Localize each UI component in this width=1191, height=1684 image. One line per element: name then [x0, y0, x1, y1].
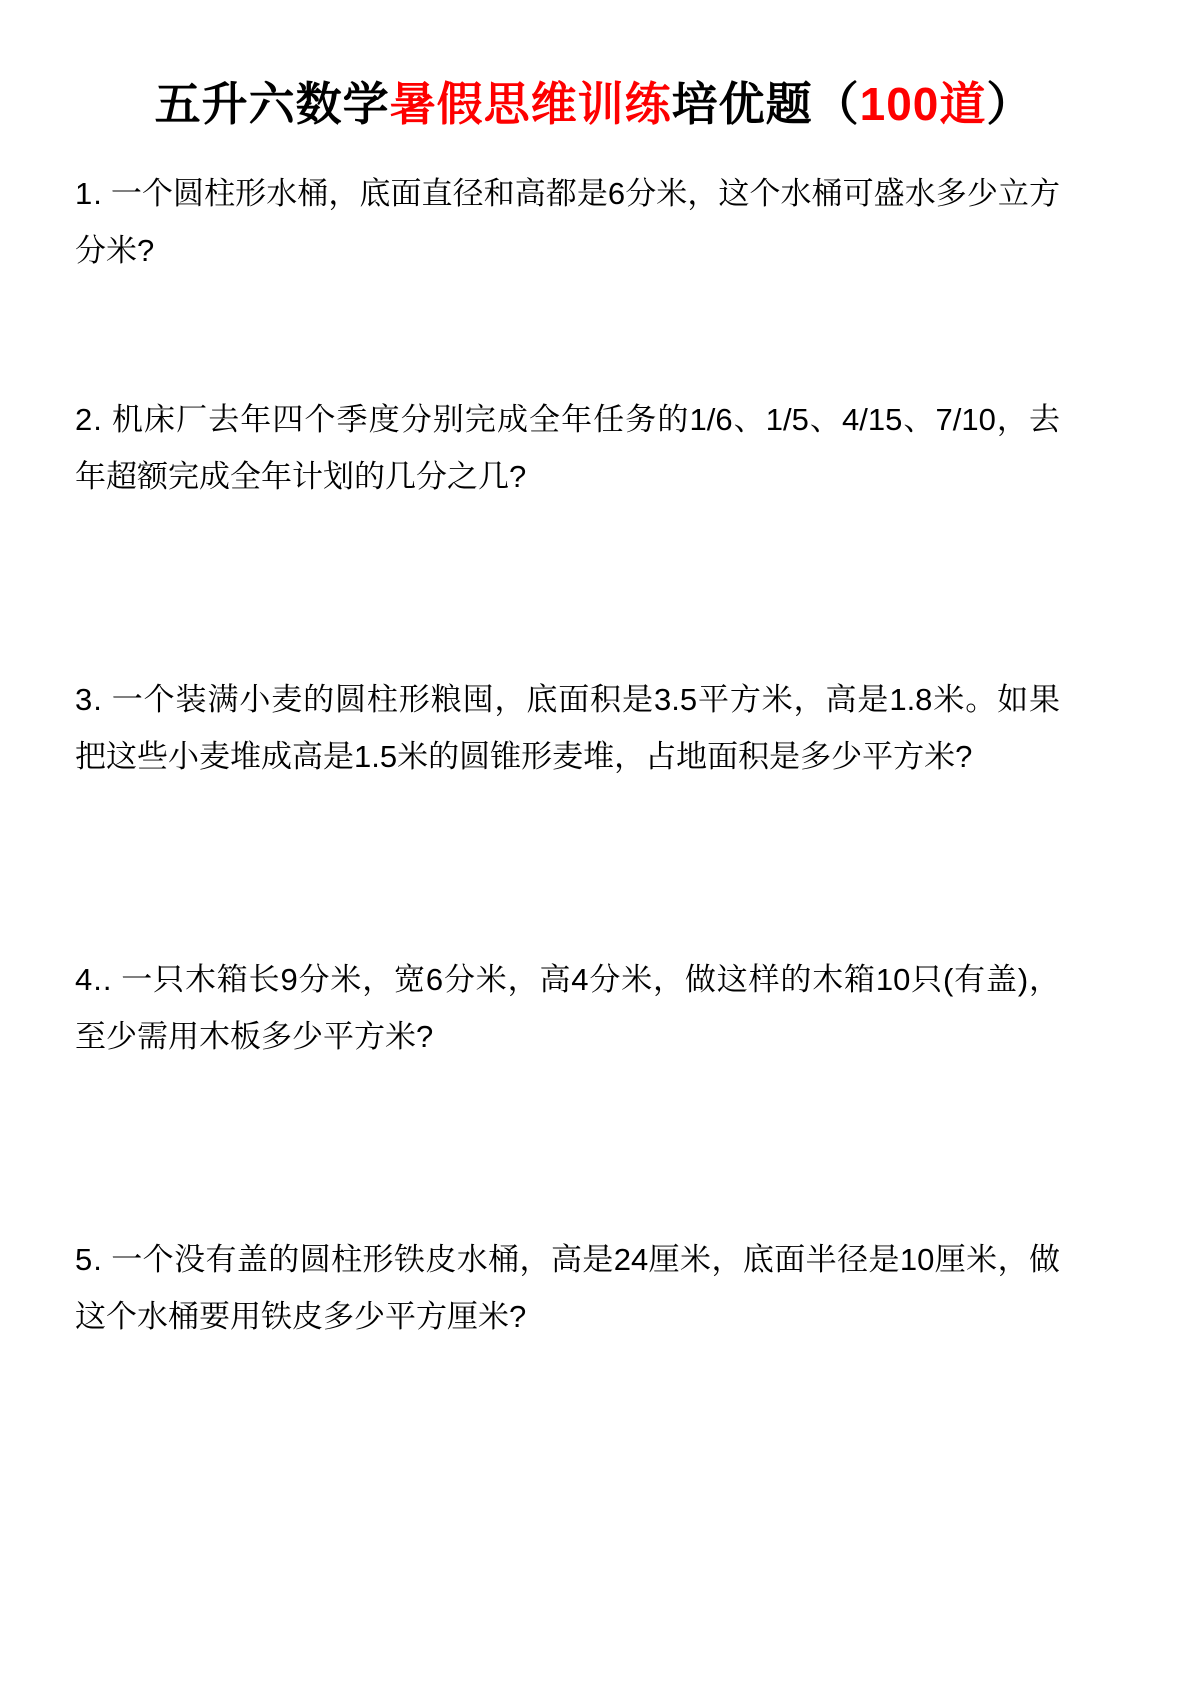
question-number: 2. [75, 402, 103, 437]
question-text: 一个没有盖的圆柱形铁皮水桶，高是24厘米，底面半径是10厘米，做这个水桶要用铁皮… [75, 1242, 1060, 1334]
title-segment-black-3: ） [986, 78, 1033, 130]
title-segment-black-2: 培优题（ [672, 78, 860, 130]
question-text: 机床厂去年四个季度分别完成全年任务的1/6、1/5、4/15、7/10，去年超额… [75, 402, 1060, 494]
question-item-4: 4..一只木箱长9分米，宽6分米，高4分米，做这样的木箱10只(有盖)，至少需用… [75, 951, 1060, 1065]
question-list: 1.一个圆柱形水桶，底面直径和高都是6分米，这个水桶可盛水多少立方分米? 2.机… [75, 165, 1113, 1345]
question-text: 一个装满小麦的圆柱形粮囤，底面积是3.5平方米，高是1.8米。如果把这些小麦堆成… [75, 682, 1060, 774]
question-text: 一只木箱长9分米，宽6分米，高4分米，做这样的木箱10只(有盖)，至少需用木板多… [75, 962, 1060, 1054]
worksheet-page: 五升六数学暑假思维训练培优题（100道） 1.一个圆柱形水桶，底面直径和高都是6… [0, 0, 1191, 1684]
question-item-3: 3.一个装满小麦的圆柱形粮囤，底面积是3.5平方米，高是1.8米。如果把这些小麦… [75, 671, 1060, 785]
title-segment-black-1: 五升六数学 [155, 78, 390, 130]
question-item-5: 5.一个没有盖的圆柱形铁皮水桶，高是24厘米，底面半径是10厘米，做这个水桶要用… [75, 1231, 1060, 1345]
question-text: 一个圆柱形水桶，底面直径和高都是6分米，这个水桶可盛水多少立方分米? [75, 176, 1060, 268]
title-segment-red-1: 暑假思维训练 [390, 78, 672, 130]
question-number: 1. [75, 176, 103, 211]
question-number: 5. [75, 1242, 103, 1277]
title-segment-red-2: 100道 [860, 78, 987, 130]
page-title: 五升六数学暑假思维训练培优题（100道） [75, 78, 1113, 131]
question-number: 4.. [75, 962, 112, 997]
question-item-1: 1.一个圆柱形水桶，底面直径和高都是6分米，这个水桶可盛水多少立方分米? [75, 165, 1060, 279]
question-item-2: 2.机床厂去年四个季度分别完成全年任务的1/6、1/5、4/15、7/10，去年… [75, 391, 1060, 505]
question-number: 3. [75, 682, 103, 717]
